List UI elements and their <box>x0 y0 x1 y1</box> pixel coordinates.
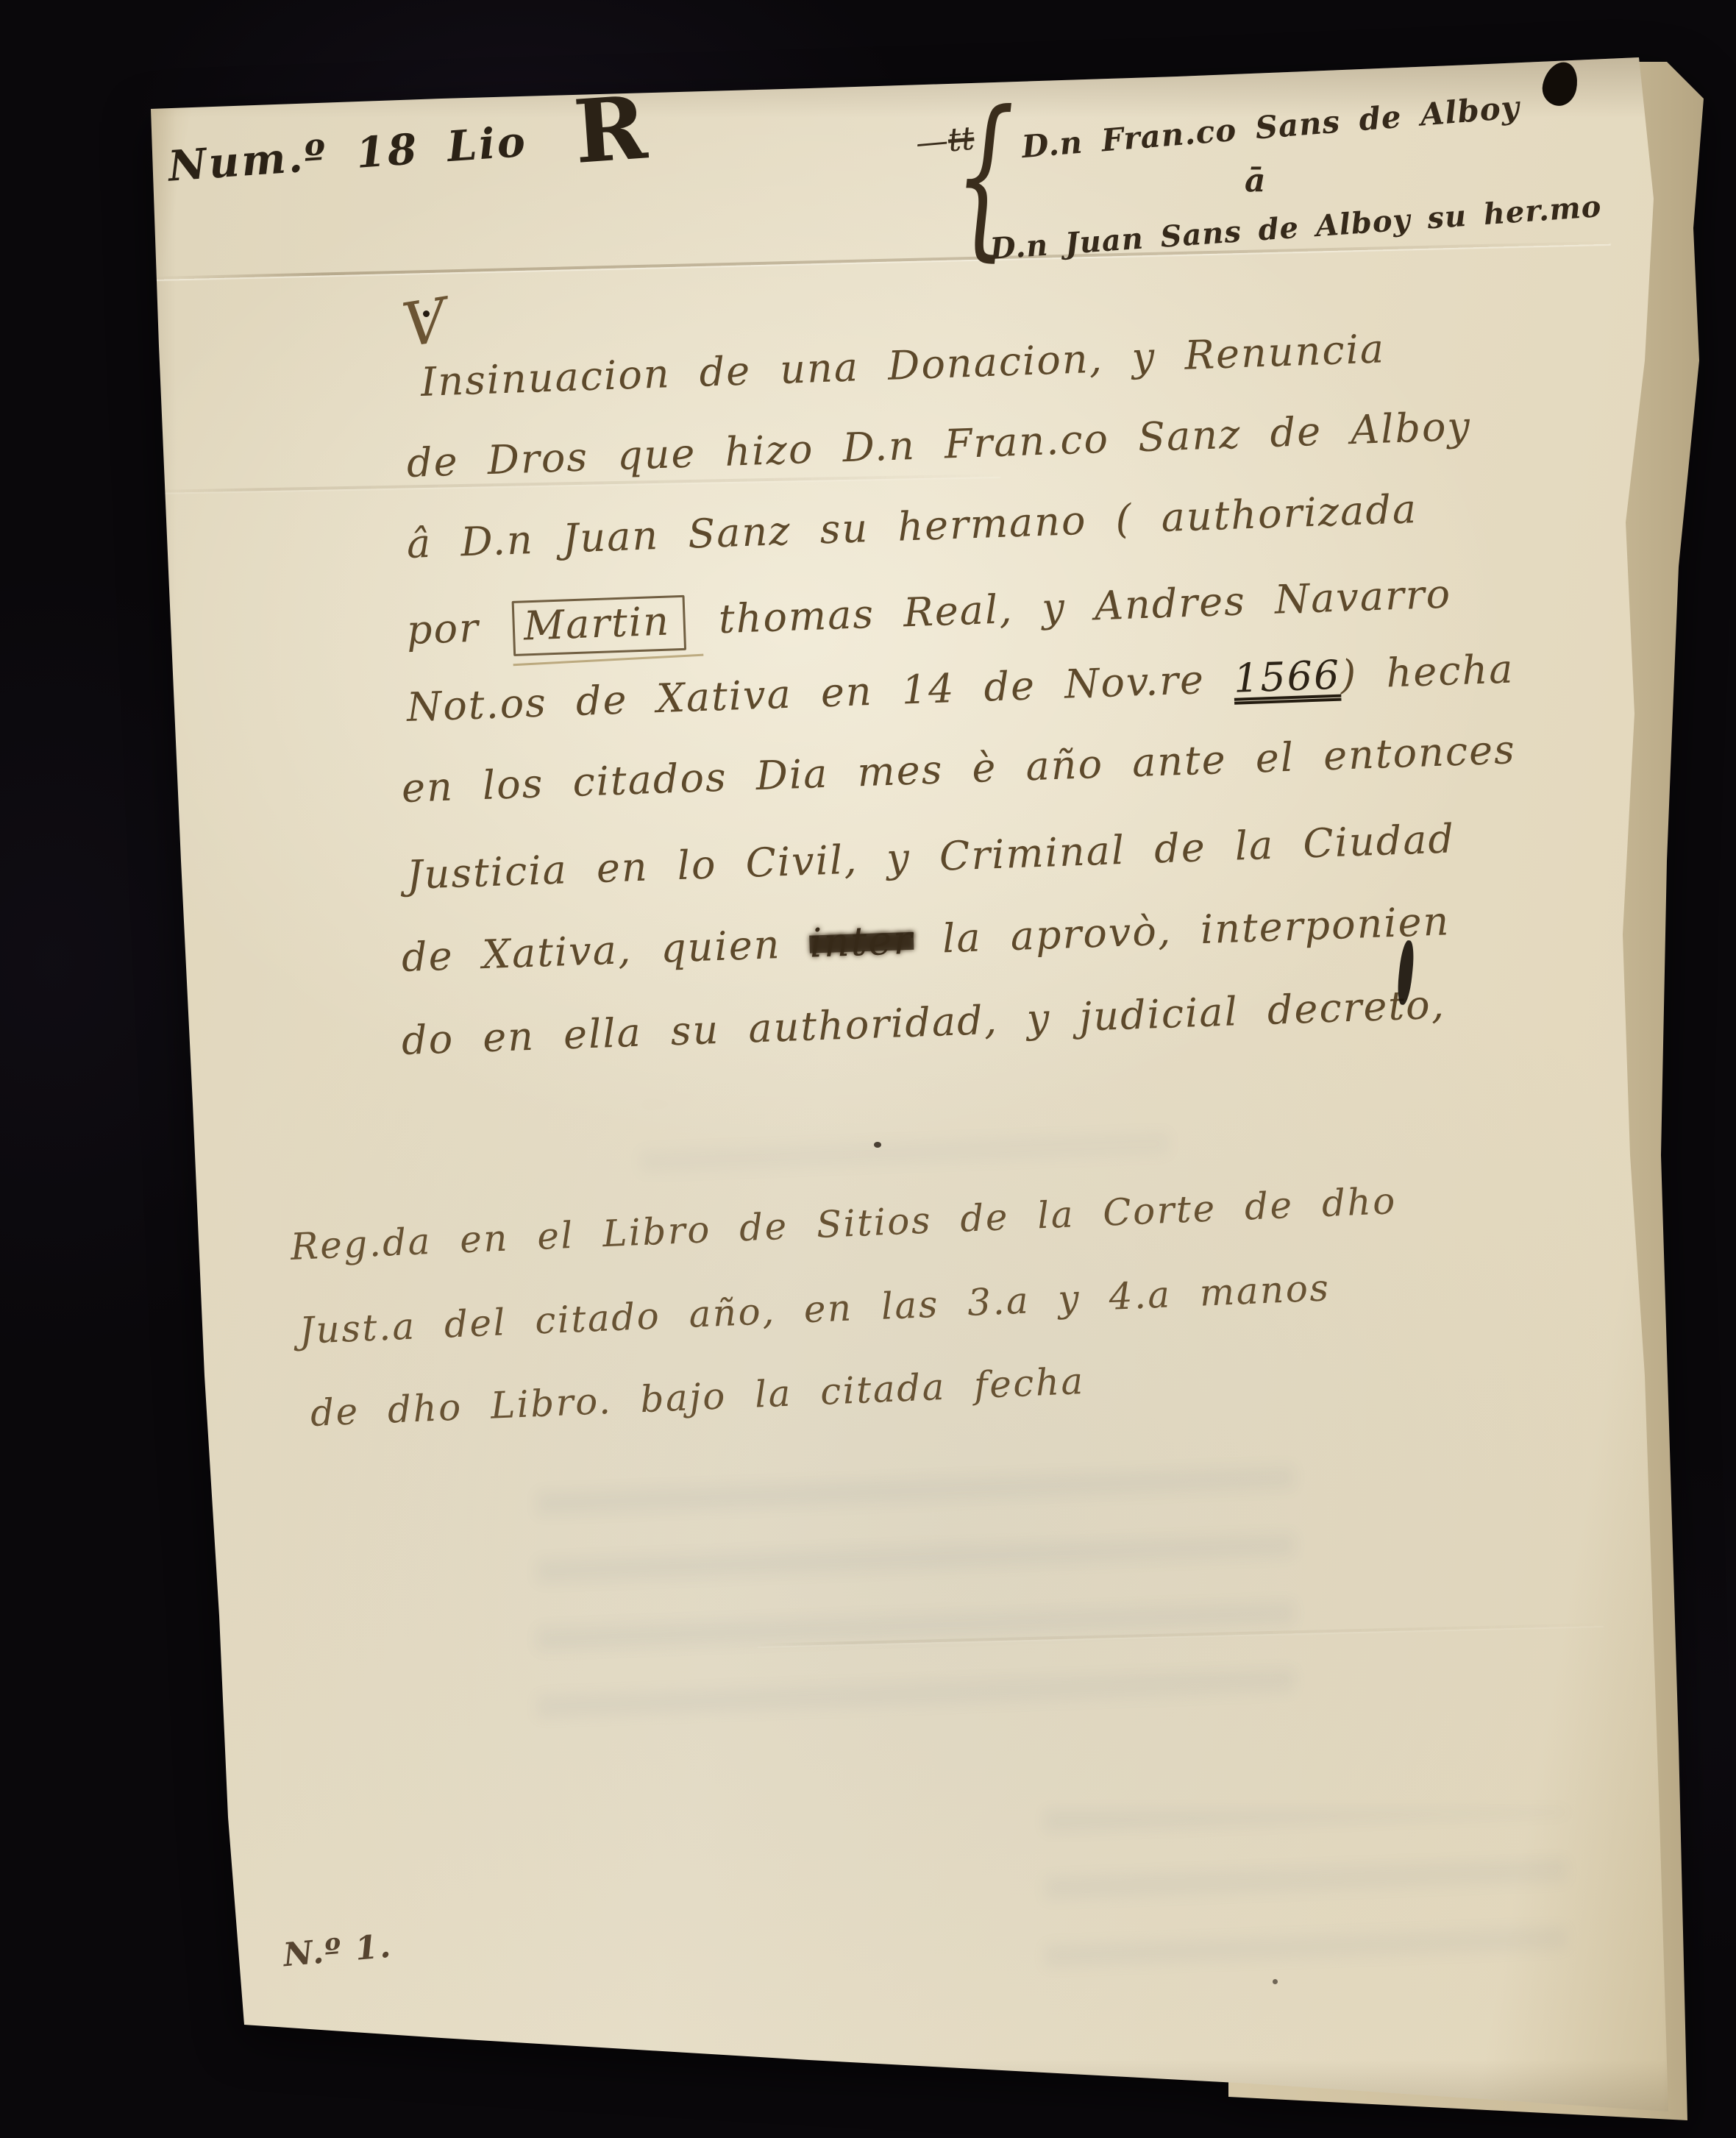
bleed-through-text <box>640 1104 1170 1199</box>
underlined-year: 1566 <box>1233 652 1342 702</box>
body-line-1: Insinuacion de una Donacion, y Renuncia <box>420 325 1386 405</box>
body-line-3: â D.n Juan Sanz su hermano ( authorizada <box>406 486 1418 567</box>
boxed-word-martin: Martin <box>512 595 687 656</box>
ink-speck <box>1273 1979 1278 1984</box>
docket-party-to: D.n Juan Sans de Alboy su her.mo <box>989 189 1602 266</box>
body-line-7: Justicia en lo Civil, y Criminal de la C… <box>406 815 1456 898</box>
body-line-8-text: de Xativa, quien <box>401 921 782 981</box>
ink-speck <box>423 310 430 317</box>
series-letter: R <box>571 76 650 183</box>
legajo-label: Lio <box>446 117 529 171</box>
body-line-8: de Xativa, quien inter la aprovò, interp… <box>401 898 1451 981</box>
docket-connector: ā <box>1245 162 1266 199</box>
body-line-9: do en ella su authoridad, y judicial dec… <box>401 981 1446 1063</box>
numero-value: 18 <box>355 124 421 178</box>
body-line-6: en los citados Dia mes è año ante el ent… <box>401 726 1517 811</box>
numero-label: Num.º <box>166 131 329 191</box>
fold-crease <box>758 1623 1604 1647</box>
folded-sheets: Num.º 18 Lio R —tt { D.n Fran.co Sans de… <box>125 52 1707 2126</box>
struck-word: inter <box>808 917 914 967</box>
folio-heading: Num.º 18 Lio R <box>166 108 648 191</box>
manuscript-page: Num.º 18 Lio R —tt { D.n Fran.co Sans de… <box>125 52 1707 2126</box>
page-number: N.º 1. <box>282 1928 394 1975</box>
bleed-through-text <box>1045 1810 1567 1994</box>
docket-party-from: D.n Fran.co Sans de Alboy <box>1020 89 1521 165</box>
ink-speck <box>874 1142 881 1148</box>
registration-line-1: Reg.da en el Libro de Sitios de la Corte… <box>290 1179 1398 1268</box>
registration-line-2: Just.a del citado año, en las 3.a y 4.a … <box>299 1266 1331 1352</box>
docket-dash: — <box>914 122 950 163</box>
fold-crease <box>147 241 1611 280</box>
ink-blot <box>1539 59 1581 109</box>
registration-line-3: de dho Libro. bajo la citada fecha <box>310 1360 1086 1435</box>
body-line-5-text-cont: ) hecha <box>1340 645 1515 697</box>
body-line-5-text: Not.os de Xativa en 14 de Nov.re <box>406 656 1206 731</box>
body-line-4: por Martin thomas Real, y Andres Navarro <box>406 568 1453 660</box>
body-line-4-text-cont: thomas Real, y Andres Navarro <box>718 570 1452 642</box>
body-line-2: de Dros que hizo D.n Fran.co Sanz de Alb… <box>406 402 1472 486</box>
body-line-5: Not.os de Xativa en 14 de Nov.re 1566) h… <box>406 645 1515 731</box>
paragraph-flourish: V <box>398 285 452 361</box>
body-line-8-text-cont: la aprovò, interponien <box>942 898 1451 962</box>
body-line-4-text: por <box>406 605 480 653</box>
photo-background: Num.º 18 Lio R —tt { D.n Fran.co Sans de… <box>0 0 1736 2138</box>
bleed-through-text <box>537 1449 1295 1736</box>
